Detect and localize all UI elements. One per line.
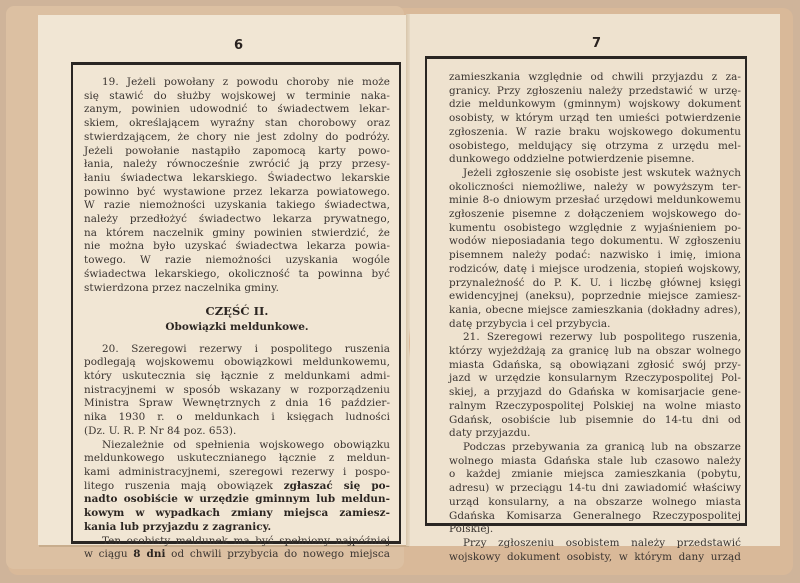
part-heading: CZĘŚĆ II. <box>84 305 390 319</box>
text-line: Jeżeli powołanie nastąpiło zapomocą kart… <box>84 145 390 159</box>
text-line: kumentu osobistego względnie z wyjaśnien… <box>449 222 741 236</box>
part-subheading: Obowiązki meldunkowe. <box>84 321 390 335</box>
text-line: Polskiej. <box>449 523 741 537</box>
text-line: pisemnem należy podać: nazwisko i imię, … <box>449 249 741 263</box>
text-line: (Dz. U. R. P. Nr 84 poz. 653). <box>84 425 390 439</box>
text-line: adresu) w przeciągu 14-tu dni zawiadomić… <box>449 482 741 496</box>
emphasis-line: nadto osobiście w urzędzie gminnym lub m… <box>84 493 390 507</box>
written-notice-paragraph: Jeżeli zgłoszenie się osobiste jest wsku… <box>449 167 741 331</box>
emphasis-text: zgłaszać się po- <box>284 480 390 492</box>
text-line: Jeżeli zgłoszenie się osobiste jest wsku… <box>449 167 741 181</box>
text-line: rodziców, datę i miejsce urodzenia, stop… <box>449 263 741 277</box>
text-line: dzie meldunkowym (gminnym) wojskowy doku… <box>449 98 741 112</box>
text-line: dunkowego oddzielne potwierdzenie pisemn… <box>449 153 741 167</box>
left-page-text: 19. Jeżeli powołany z powodu choroby nie… <box>84 76 390 562</box>
text-line: W razie niemożności uzyskania takiego św… <box>84 199 390 213</box>
text-line: 21. Szeregowi rezerwy lub pospolitego ru… <box>449 331 741 345</box>
text-line: o każdej zmianie miejsca zamieszkania (p… <box>449 468 741 482</box>
text-line: meldunkowego uskutecznianego łącznie z m… <box>84 452 390 466</box>
text-line: okoliczności niemożliwe, należy w powyżs… <box>449 181 741 195</box>
text-line: zanym, powinien udowodnić to świadectwem… <box>84 103 390 117</box>
emphasis-line: kania lub przyjazdu z zagranicy. <box>84 521 390 535</box>
text-line: litego ruszenia mają obowiązek zgłaszać … <box>84 480 390 494</box>
text-line: wolnego miasta Gdańska stale lub czasowo… <box>449 455 741 469</box>
text-line: kami administracyjnemi, szeregowi rezerw… <box>84 466 390 480</box>
emphasis-text: 8 dni <box>133 548 165 560</box>
text-line: Gdańska Komisarza Generalnego Rzeczyposp… <box>449 510 741 524</box>
text-span: w ciągu <box>84 548 133 560</box>
text-line: należy przedłożyć świadectwo lekarza pry… <box>84 213 390 227</box>
text-line: wodów nieposiadania tego dokumentu. W zg… <box>449 235 741 249</box>
text-line: na którem naczelnik gminy powinien stwie… <box>84 227 390 241</box>
text-line: skiem, określającem wyraźny stan chorobo… <box>84 117 390 131</box>
text-line: Niezależnie od spełnienia wojskowego obo… <box>84 439 390 453</box>
text-line: datę przybycia i cel przybycia. <box>449 318 741 332</box>
text-line: zamieszkania względnie od chwili przyjaz… <box>449 71 741 85</box>
text-line: zgłoszenia. W razie braku wojskowego dok… <box>449 126 741 140</box>
text-line: skiej, a przyjazd do Gdańska w komisarja… <box>449 386 741 400</box>
text-line: który uskutecznia się łącznie z meldunka… <box>84 370 390 384</box>
text-line: świadectwa lekarskiego, okoliczność ta p… <box>84 268 390 282</box>
personal-notice-paragraph: Przy zgłoszeniu osobistem należy przedst… <box>449 537 741 564</box>
text-line: łaniu świadectwa lekarskiego. Świadectwo… <box>84 172 390 186</box>
page-number-right: 7 <box>592 36 601 51</box>
text-line: którzy wyjeżdżają za granicę lub na obsz… <box>449 345 741 359</box>
text-line: Przy zgłoszeniu osobistem należy przedst… <box>449 537 741 551</box>
text-line: podlegają wojskowemu obowiązkowi meldunk… <box>84 356 390 370</box>
text-line: urząd konsularny, a na obszarze wolnego … <box>449 496 741 510</box>
section-20: 20. Szeregowi rezerwy i pospolitego rusz… <box>84 343 390 562</box>
text-line: nika 1930 r. o meldunkach i księgach lud… <box>84 411 390 425</box>
text-line: zgłoszenie pisemne z dołączeniem wojskow… <box>449 208 741 222</box>
text-line: nie można było uzyskać świadectwa lekarz… <box>84 240 390 254</box>
text-line: nistracyjnemi w sposób wskazany w rozpor… <box>84 384 390 398</box>
text-line: Ten osobisty meldunek ma być spełniony n… <box>84 535 390 549</box>
text-line: miasta Gdańska, są obowiązani zgłosić sw… <box>449 359 741 373</box>
text-line: w ciągu 8 dni od chwili przybycia do now… <box>84 548 390 562</box>
text-line: Gdańsk, osobiście lub pisemnie do 14-tu … <box>449 414 741 428</box>
text-line: 19. Jeżeli powołany z powodu choroby nie… <box>84 76 390 90</box>
text-line: 20. Szeregowi rezerwy i pospolitego rusz… <box>84 343 390 357</box>
text-line: Ministra Spraw Wewnętrznych z dnia 16 pa… <box>84 397 390 411</box>
text-line: powinno być wystawione przez lekarza pow… <box>84 186 390 200</box>
text-span: litego ruszenia mają obowiązek <box>84 480 284 492</box>
text-line: łania, należy równocześnie zwrócić ją pr… <box>84 158 390 172</box>
section-19: 19. Jeżeli powołany z powodu choroby nie… <box>84 76 390 295</box>
section-21: 21. Szeregowi rezerwy lub pospolitego ru… <box>449 331 741 441</box>
text-line: Podczas przebywania za granicą lub na ob… <box>449 441 741 455</box>
text-line: granicy. Przy zgłoszeniu należy przedsta… <box>449 85 741 99</box>
text-line: przynależność do P. K. U. i liczbę główn… <box>449 277 741 291</box>
text-line: osobisty, w którym urząd ten umieści pot… <box>449 112 741 126</box>
text-span: od chwili przybycia do nowego miejsca <box>165 548 390 560</box>
continuation-paragraph: zamieszkania względnie od chwili przyjaz… <box>449 71 741 167</box>
text-line: ewidencyjnej (aneksu), poprzednie miejsc… <box>449 290 741 304</box>
text-line: się stawić do służby wojskowej w termini… <box>84 90 390 104</box>
text-line: stwierdzającem, że chory nie jest zdolny… <box>84 131 390 145</box>
text-line: ralnym Rzeczypospolitej Polskiej na woln… <box>449 400 741 414</box>
right-page-text: zamieszkania względnie od chwili przyjaz… <box>449 71 741 564</box>
page-number-left: 6 <box>234 38 243 53</box>
text-line: stwierdzona przez naczelnika gminy. <box>84 282 390 296</box>
emphasis-line: kowym w wypadkach zmiany miejsca zamiesz… <box>84 507 390 521</box>
abroad-paragraph: Podczas przebywania za granicą lub na ob… <box>449 441 741 537</box>
text-line: daty przyjazdu. <box>449 427 741 441</box>
text-line: jazd w urzędzie konsularnym Rzeczypospol… <box>449 372 741 386</box>
text-line: kania, obecne miejsce zamieszkania (dokł… <box>449 304 741 318</box>
text-line: minie 8-o dniowym przesłać urzędowi meld… <box>449 194 741 208</box>
text-line: osobistego, meldujący się otrzyma z urzę… <box>449 140 741 154</box>
text-line: towego. W razie niemożności uzyskania wo… <box>84 254 390 268</box>
text-line: wojskowy dokument osobisty, w którym dan… <box>449 551 741 565</box>
